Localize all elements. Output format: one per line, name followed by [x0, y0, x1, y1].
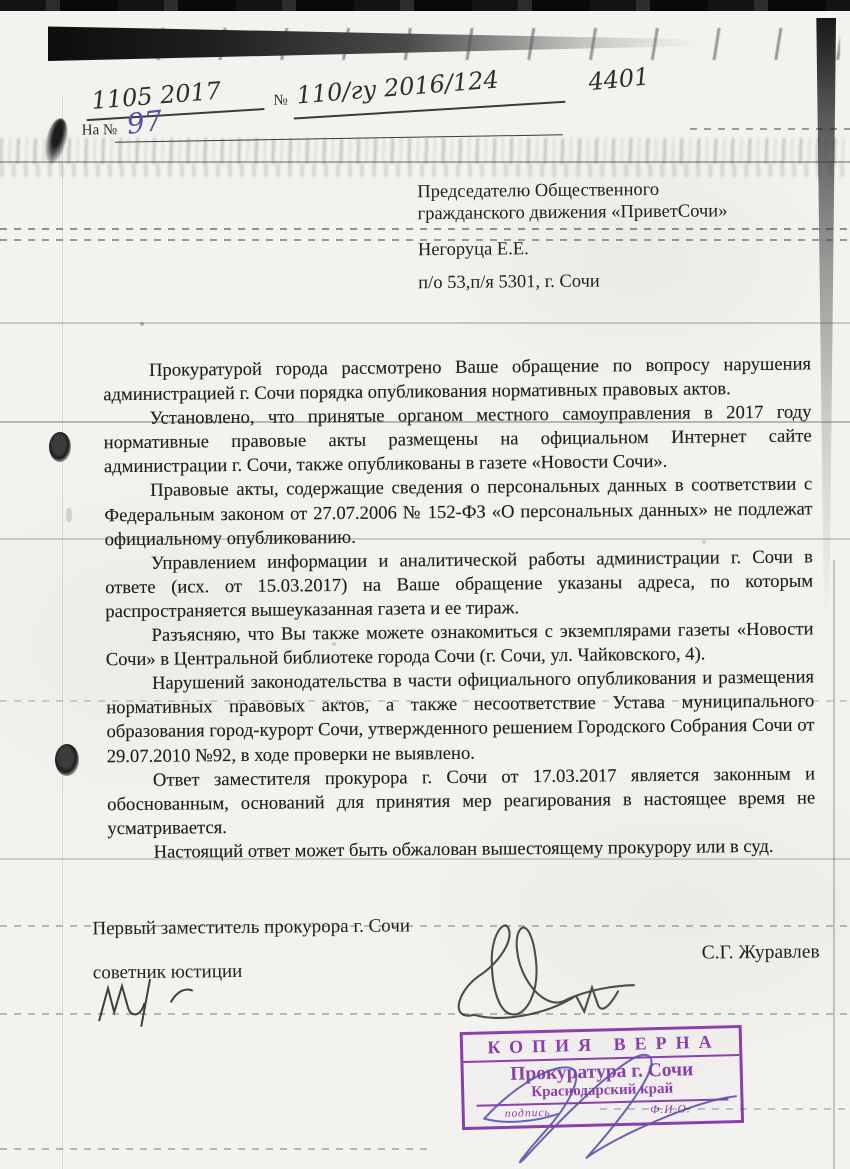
recipient-name: Негоруца Е.Е.	[418, 235, 818, 261]
letter-body: Прокуратурой города рассмотрено Ваше обр…	[103, 352, 816, 865]
initial-signature-ink	[93, 975, 243, 1028]
recipient-line: гражданского движения «ПриветСочи»	[417, 199, 817, 225]
handwritten-outgoing-number-extra: 4401	[587, 62, 650, 96]
number-sign-label: №	[273, 92, 287, 109]
stamp-signature-ink	[474, 1044, 775, 1169]
underline	[115, 134, 563, 142]
signer-name: С.Г. Журавлев	[702, 941, 820, 964]
paragraph: Управлением информации и аналитической р…	[105, 545, 814, 624]
handwritten-reply-number: 97	[125, 104, 164, 141]
paragraph: Разъясняю, что Вы также можете ознакомит…	[105, 617, 813, 672]
letter-content: 1105 2017 № 110/гу 2016/124 4401 На № 97…	[0, 0, 850, 1169]
paragraph: Ответ заместителя прокурора г. Сочи от 1…	[107, 762, 816, 841]
recipient-block: Председателю Общественного гражданского …	[417, 177, 818, 294]
paragraph: Прокуратурой города рассмотрено Ваше обр…	[103, 352, 811, 407]
reply-to-label: На №	[82, 122, 118, 139]
scanned-letter-page: 1105 2017 № 110/гу 2016/124 4401 На № 97…	[0, 0, 850, 1169]
reference-block: 1105 2017 № 110/гу 2016/124 4401 На № 97	[0, 0, 845, 3]
paragraph: Нарушений законодательства в части офици…	[106, 666, 815, 769]
paragraph: Правовые акты, содержащие сведения о пер…	[104, 473, 813, 552]
signer-position: Первый заместитель прокурора г. Сочи	[92, 915, 410, 940]
recipient-address: п/о 53,п/я 5301, г. Сочи	[418, 268, 818, 294]
signature-ink	[447, 915, 678, 1032]
paragraph: Установлено, что принятые органом местно…	[103, 401, 812, 480]
handwritten-outgoing-number: 110/гу 2016/124	[296, 65, 500, 109]
